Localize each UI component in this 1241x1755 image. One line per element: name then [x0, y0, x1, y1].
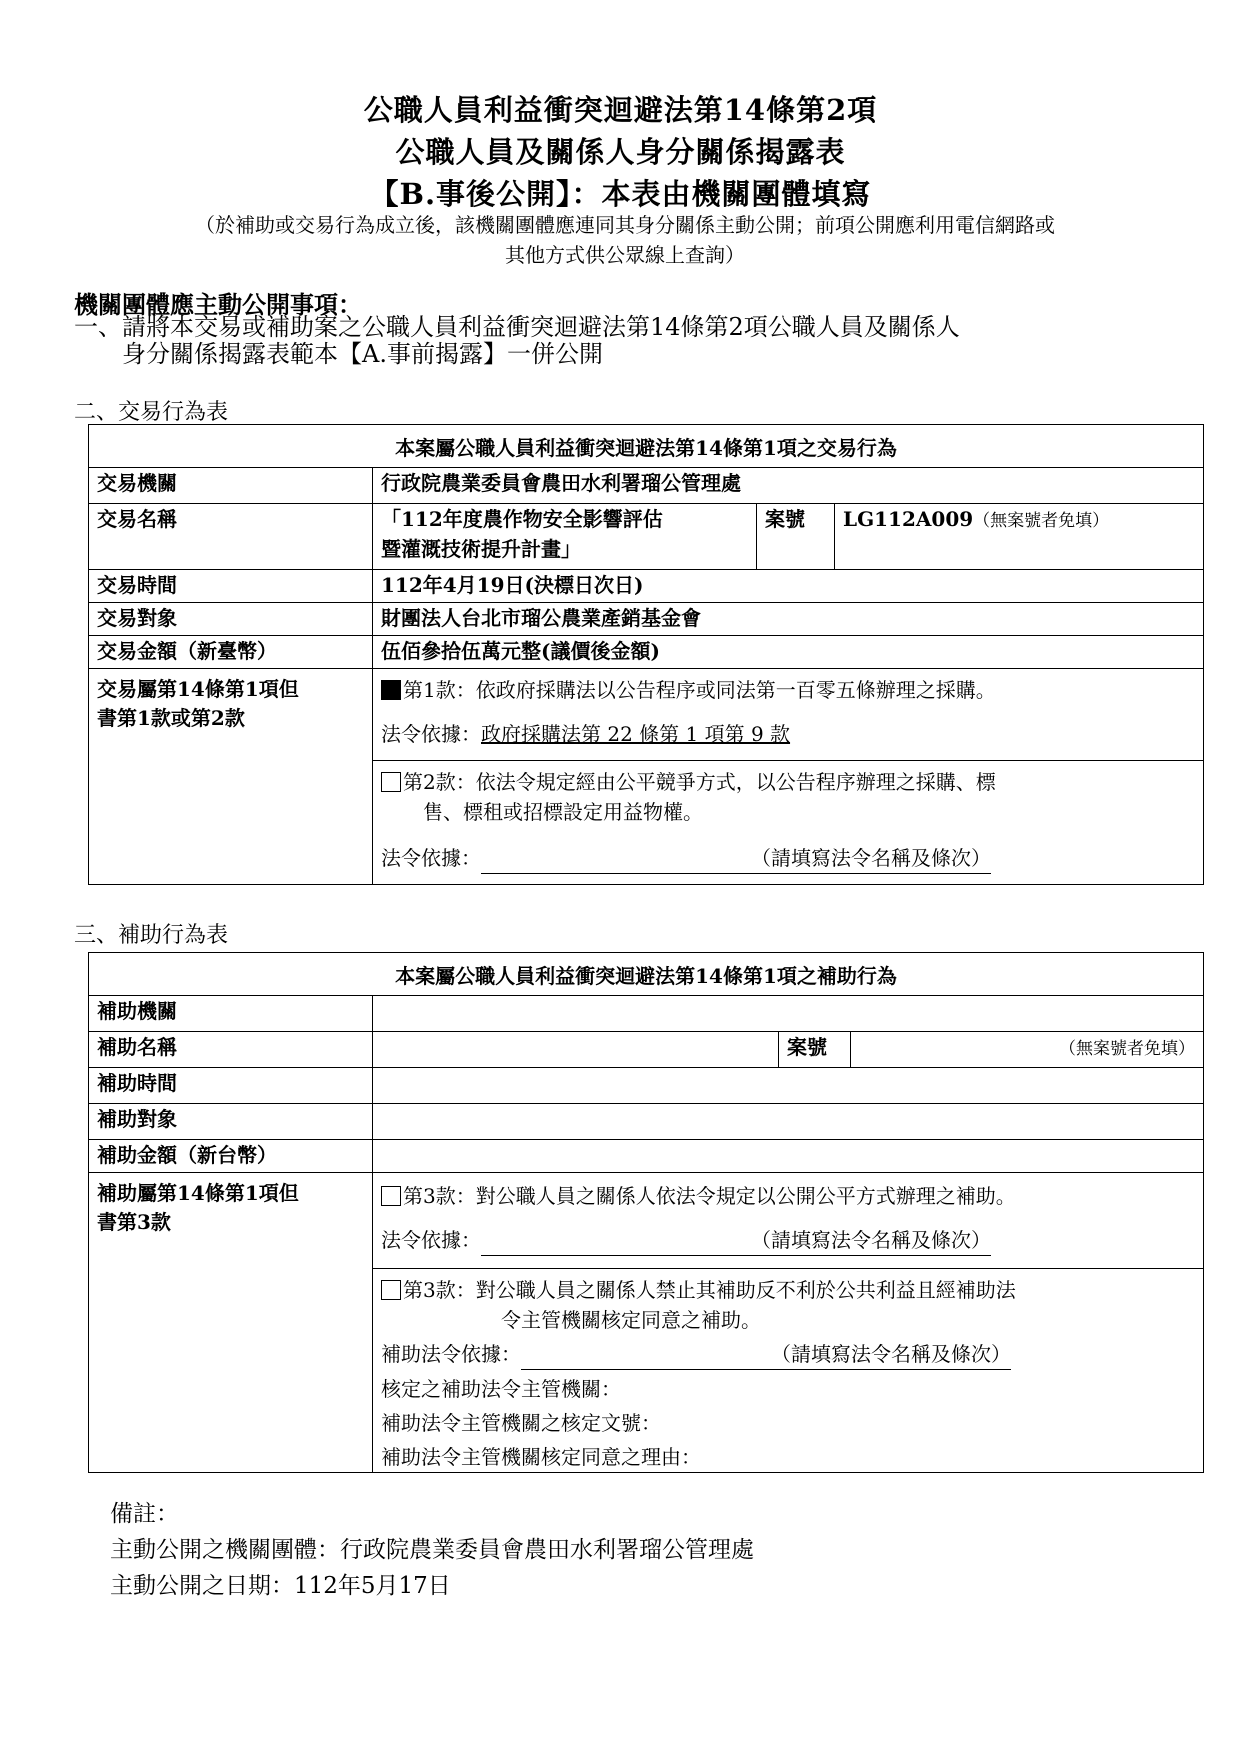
transaction-option1-basis-label: 法令依據： — [381, 722, 481, 746]
transaction-amount-value[interactable]: 伍佰參拾伍萬元整(議價後金額) — [373, 636, 1204, 669]
transaction-case-no-label: 案號 — [757, 504, 835, 570]
transaction-clause-label: 交易屬第14條第1項但 書第1款或第2款 — [89, 669, 373, 885]
header-note: （於補助或交易行為成立後，該機關團體應連同其身分關係主動公開；前項公開應利用電信… — [70, 210, 1180, 270]
transaction-section-label: 二、交易行為表 — [74, 395, 228, 426]
transaction-table: 本案屬公職人員利益衝突迴避法第14條第1項之交易行為 交易機關 行政院農業委員會… — [88, 424, 1204, 885]
subsidy-party-value[interactable] — [373, 1104, 1204, 1140]
subsidy-option1-basis-hint: （請填寫法令名稱及條次） — [751, 1228, 991, 1252]
notes-section: 備註： 主動公開之機關團體：行政院農業委員會農田水利署瑠公管理處 主動公開之日期… — [110, 1496, 754, 1604]
subsidy-table: 本案屬公職人員利益衝突迴避法第14條第1項之補助行為 補助機關 補助名稱 案號 … — [88, 952, 1204, 1473]
transaction-name-label: 交易名稱 — [89, 504, 373, 570]
subsidy-option1: 第3款：對公職人員之關係人依法令規定以公開公平方式辦理之補助。 法令依據：（請填… — [373, 1173, 1204, 1269]
transaction-option2: 第2款：依法令規定經由公平競爭方式，以公告程序辦理之採購、標 售、標租或招標設定… — [373, 761, 1204, 885]
transaction-party-value[interactable]: 財團法人台北市瑠公農業產銷基金會 — [373, 603, 1204, 636]
subsidy-agency-value[interactable] — [373, 996, 1204, 1032]
subsidy-option1-text: 第3款：對公職人員之關係人依法令規定以公開公平方式辦理之補助。 — [403, 1184, 1016, 1208]
transaction-option2-basis-hint: （請填寫法令名稱及條次） — [751, 846, 991, 870]
transaction-name-value[interactable]: 「112年度農作物安全影響評估 暨灌溉技術提升計畫」 — [373, 504, 757, 570]
transaction-option1: 第1款：依政府採購法以公告程序或同法第一百零五條辦理之採購。 法令依據：政府採購… — [373, 669, 1204, 761]
transaction-agency-value[interactable]: 行政院農業委員會農田水利署瑠公管理處 — [373, 468, 1204, 504]
subsidy-option2: 第3款：對公職人員之關係人禁止其補助反不利於公共利益且經補助法 令主管機關核定同… — [373, 1269, 1204, 1473]
subsidy-time-label: 補助時間 — [89, 1068, 373, 1104]
subsidy-clause-label-line1: 補助屬第14條第1項但 — [97, 1179, 364, 1208]
transaction-option2-basis-label: 法令依據： — [381, 846, 481, 870]
subsidy-option2-text-line1: 第3款：對公職人員之關係人禁止其補助反不利於公共利益且經補助法 — [403, 1278, 1016, 1302]
transaction-option2-text-line1: 第2款：依法令規定經由公平競爭方式，以公告程序辦理之採購、標 — [403, 770, 996, 794]
notes-date-label: 主動公開之日期： — [110, 1573, 294, 1599]
subsidy-case-no-cell[interactable]: （無案號者免填） — [851, 1032, 1204, 1068]
subsidy-clause-label-line2: 書第3款 — [97, 1208, 364, 1237]
document-title-line2: 公職人員及關係人身分關係揭露表 — [0, 130, 1241, 171]
transaction-amount-label: 交易金額（新臺幣） — [89, 636, 373, 669]
subsidy-option2-reason-label[interactable]: 補助法令主管機關核定同意之理由： — [381, 1442, 1195, 1472]
subsidy-time-value[interactable] — [373, 1068, 1204, 1104]
disclosure-item1-line2: 身分關係揭露表範本【A.事前揭露】一併公開 — [122, 341, 603, 368]
subsidy-option2-basis-label: 補助法令依據： — [381, 1342, 521, 1366]
transaction-option2-basis-field[interactable]: （請填寫法令名稱及條次） — [481, 843, 991, 874]
notes-publisher-label: 主動公開之機關團體： — [110, 1537, 340, 1563]
subsidy-case-no-label: 案號 — [779, 1032, 851, 1068]
subsidy-section-label: 三、補助行為表 — [74, 918, 228, 949]
document-title-line3: 【B.事後公開】：本表由機關團體填寫 — [0, 172, 1241, 213]
notes-date-value: 112年5月17日 — [294, 1573, 451, 1599]
transaction-case-no-hint: （無案號者免填） — [973, 511, 1109, 531]
subsidy-option1-basis-label: 法令依據： — [381, 1228, 481, 1252]
subsidy-amount-value[interactable] — [373, 1140, 1204, 1173]
document-title-line1: 公職人員利益衝突迴避法第14條第2項 — [0, 88, 1241, 129]
header-note-line2: 其他方式供公眾線上查詢） — [70, 240, 1180, 270]
transaction-party-label: 交易對象 — [89, 603, 373, 636]
subsidy-option2-checkbox[interactable] — [381, 1280, 401, 1300]
subsidy-name-value[interactable] — [373, 1032, 779, 1068]
transaction-table-header: 本案屬公職人員利益衝突迴避法第14條第1項之交易行為 — [89, 425, 1204, 468]
subsidy-option2-doc-no-label[interactable]: 補助法令主管機關之核定文號： — [381, 1408, 1195, 1438]
subsidy-agency-label: 補助機關 — [89, 996, 373, 1032]
transaction-name-line1: 「112年度農作物安全影響評估 — [381, 504, 748, 534]
transaction-time-label: 交易時間 — [89, 570, 373, 603]
transaction-option1-basis-value[interactable]: 政府採購法第 22 條第 1 項第 9 款 — [481, 722, 790, 746]
subsidy-amount-label: 補助金額（新台幣） — [89, 1140, 373, 1173]
transaction-time-value[interactable]: 112年4月19日(決標日次日) — [373, 570, 1204, 603]
transaction-case-no-cell[interactable]: LG112A009（無案號者免填） — [835, 504, 1204, 570]
transaction-case-no-value: LG112A009 — [843, 507, 973, 531]
subsidy-option2-basis-hint: （請填寫法令名稱及條次） — [771, 1342, 1011, 1366]
header-note-line1: （於補助或交易行為成立後，該機關團體應連同其身分關係主動公開；前項公開應利用電信… — [70, 210, 1180, 240]
subsidy-option1-basis-field[interactable]: （請填寫法令名稱及條次） — [481, 1225, 991, 1256]
subsidy-party-label: 補助對象 — [89, 1104, 373, 1140]
disclosure-item1-line1: 一、請將本交易或補助案之公職人員利益衝突迴避法第14條第2項公職人員及關係人 — [74, 314, 960, 341]
transaction-name-line2: 暨灌溉技術提升計畫」 — [381, 534, 748, 564]
subsidy-clause-label: 補助屬第14條第1項但 書第3款 — [89, 1173, 373, 1473]
subsidy-option2-basis-field[interactable]: （請填寫法令名稱及條次） — [521, 1339, 1011, 1370]
transaction-agency-label: 交易機關 — [89, 468, 373, 504]
transaction-option2-text-line2: 售、標租或招標設定用益物權。 — [381, 797, 1195, 827]
transaction-option1-text: 第1款：依政府採購法以公告程序或同法第一百零五條辦理之採購。 — [403, 678, 996, 702]
transaction-clause-label-line1: 交易屬第14條第1項但 — [97, 675, 364, 704]
transaction-option2-checkbox[interactable] — [381, 772, 401, 792]
subsidy-name-label: 補助名稱 — [89, 1032, 373, 1068]
subsidy-option2-authority-label[interactable]: 核定之補助法令主管機關： — [381, 1374, 1195, 1404]
notes-label: 備註： — [110, 1496, 754, 1532]
transaction-clause-label-line2: 書第1款或第2款 — [97, 704, 364, 733]
subsidy-case-no-hint: （無案號者免填） — [1059, 1039, 1195, 1059]
subsidy-table-header: 本案屬公職人員利益衝突迴避法第14條第1項之補助行為 — [89, 953, 1204, 996]
subsidy-option1-checkbox[interactable] — [381, 1186, 401, 1206]
transaction-option1-checkbox[interactable] — [381, 680, 401, 700]
subsidy-option2-text-line2: 令主管機關核定同意之補助。 — [381, 1305, 1195, 1335]
notes-publisher-value: 行政院農業委員會農田水利署瑠公管理處 — [340, 1537, 754, 1563]
